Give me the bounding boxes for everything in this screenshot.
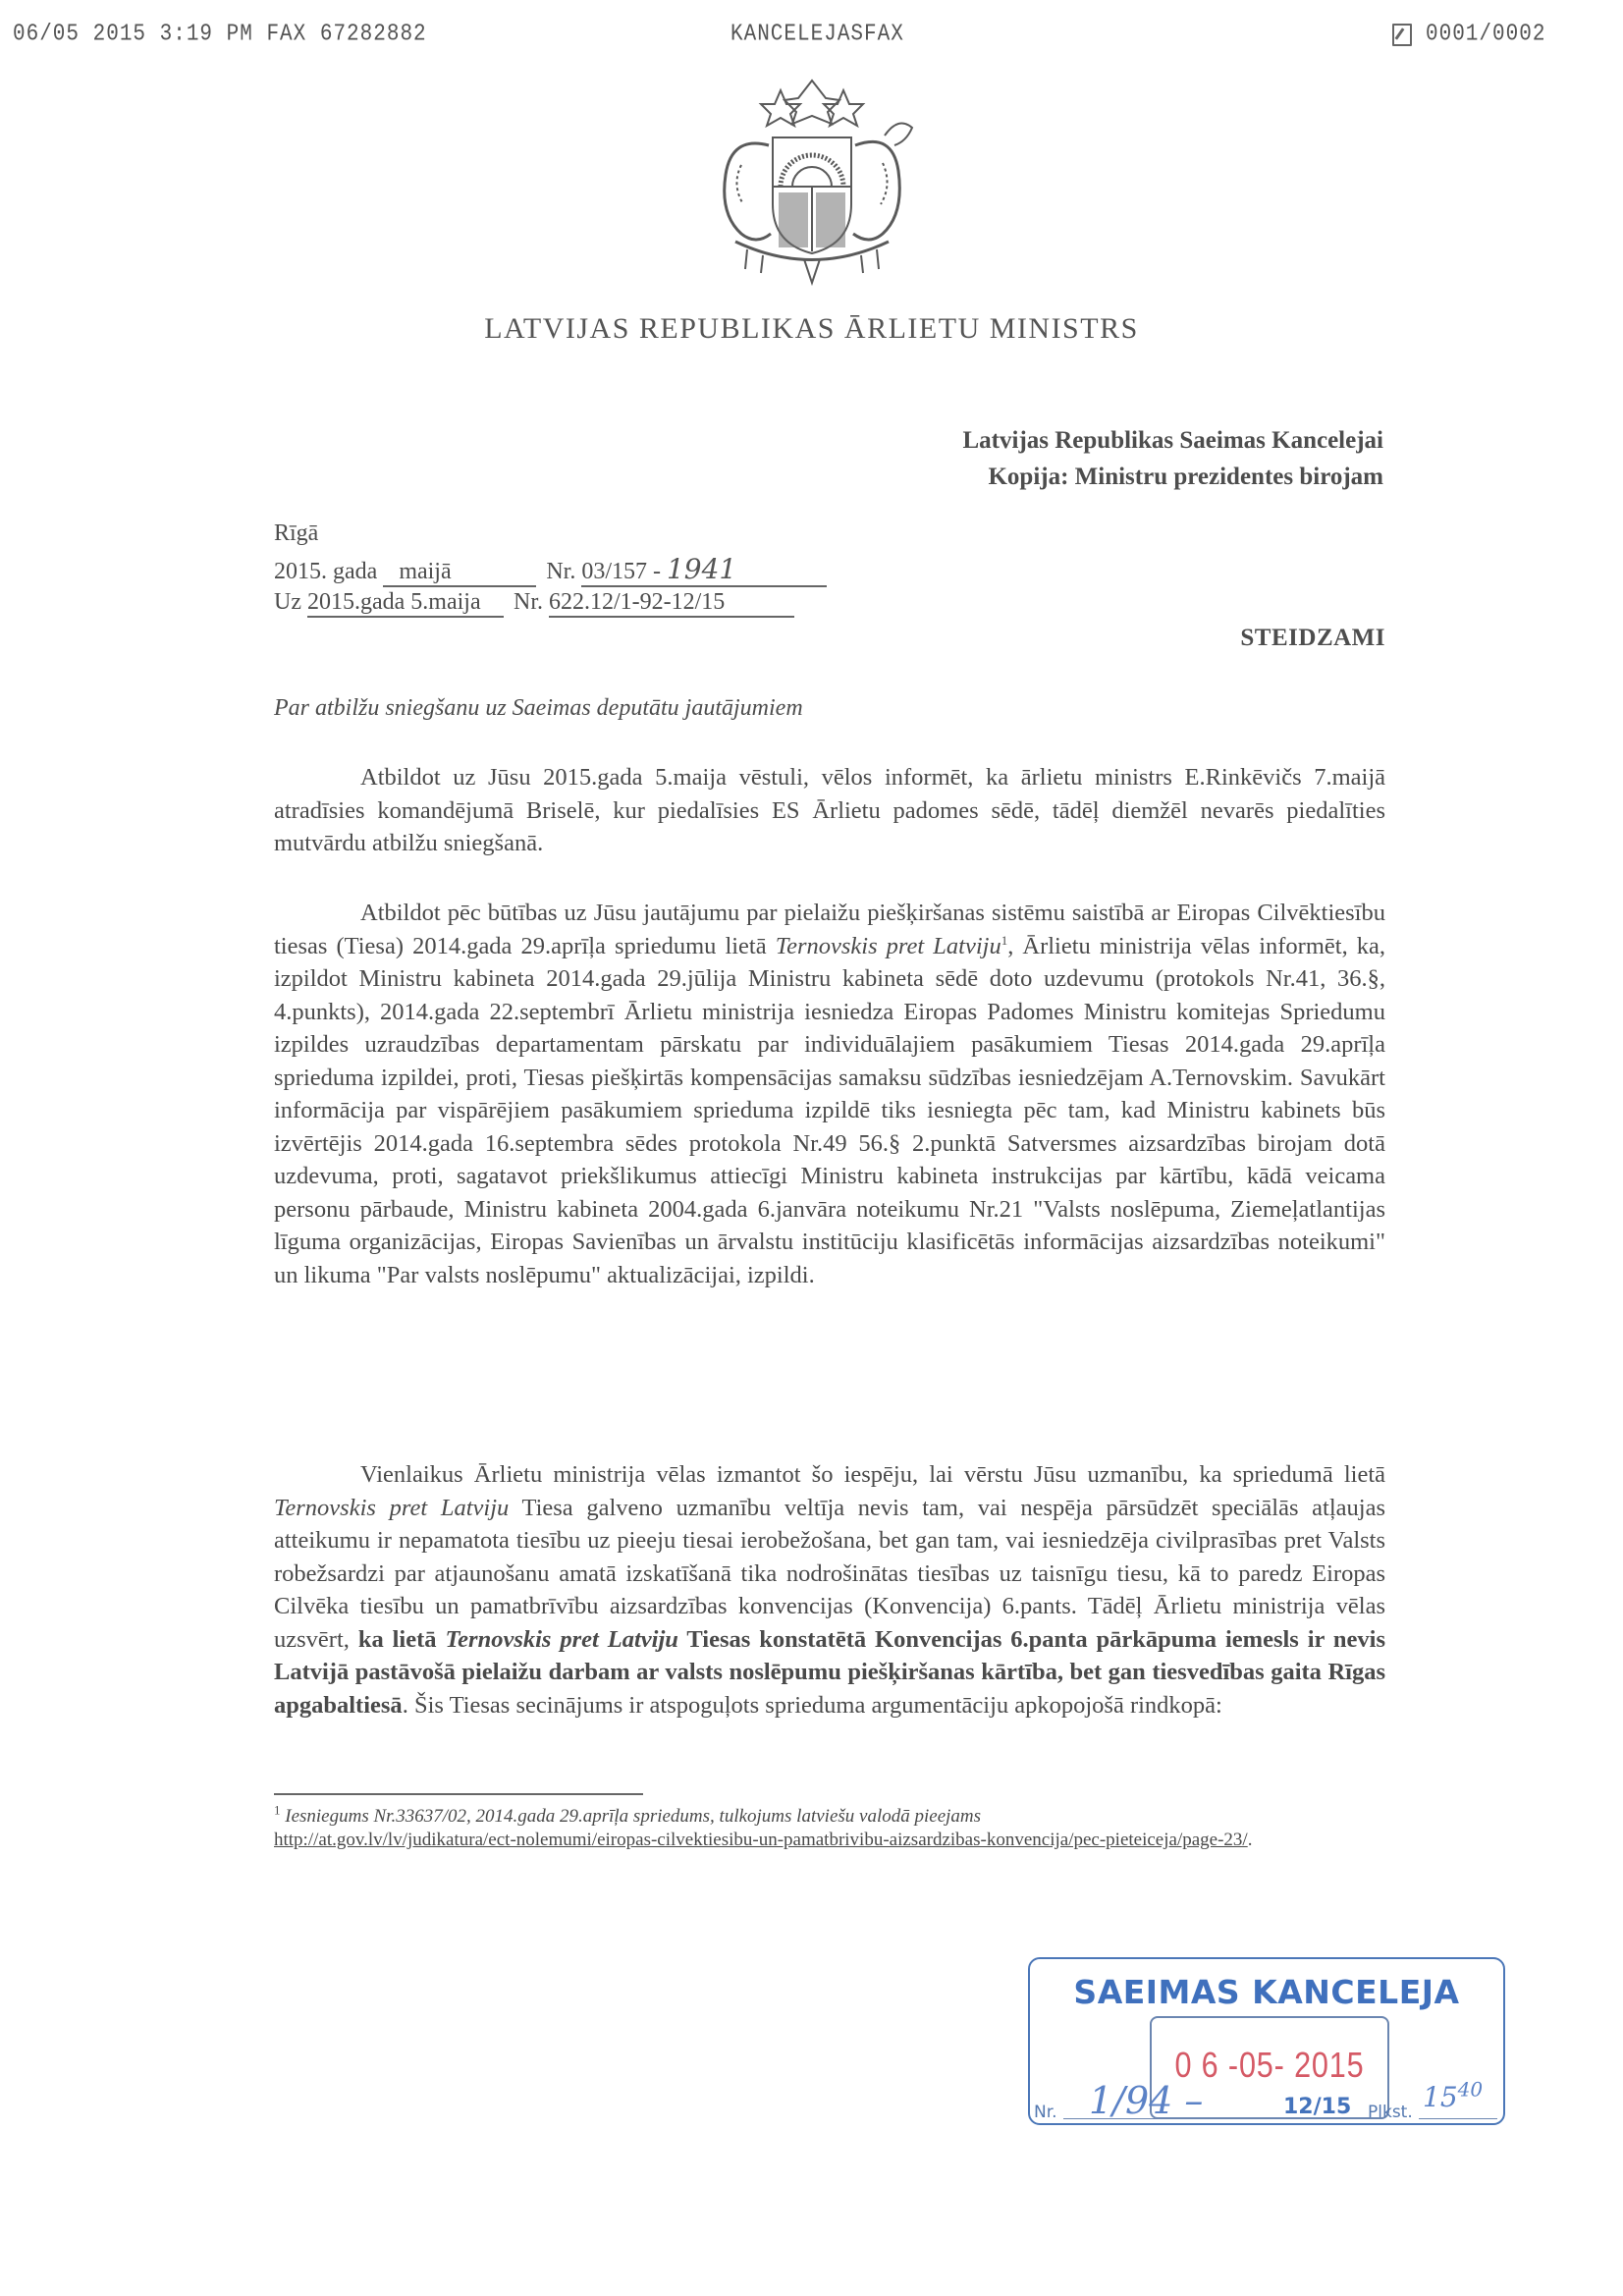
urgency-label: STEIDZAMI [1240,625,1385,652]
recipient-primary: Latvijas Republikas Saeimas Kancelejai [963,422,1384,459]
case-name: Ternovskis pret Latviju [274,1495,509,1521]
reply-nr-label: Nr. [514,589,543,615]
body-paragraph: Vienlaikus Ārlietu ministrija vēlas izma… [274,1458,1385,1722]
nr-value: 03/157 - [581,559,661,584]
place: Rīgā [274,520,318,547]
letter-date-number: 2015. gada maijā Nr. 03/157 - 1941 [274,553,827,587]
reply-nr: 622.12/1-92-12/15 [549,589,794,618]
footnote-link[interactable]: http://at.gov.lv/lv/judikatura/ect-nolem… [274,1830,1248,1850]
stamp-title: SAEIMAS KANCELEJA [1030,1973,1503,2011]
recipient-copy: Kopija: Ministru prezidentes birojam [988,459,1383,495]
coat-of-arms-icon [702,77,923,288]
date-prefix: 2015. gada [274,559,377,584]
footnote-text: Iesniegums Nr.33637/02, 2014.gada 29.apr… [281,1806,982,1827]
stamp-time-label: Plkst. [1368,2103,1413,2122]
reply-prefix: Uz [274,589,301,615]
body-paragraph: Atbildot uz Jūsu 2015.gada 5.maija vēstu… [274,761,1385,860]
reply-reference: Uz 2015.gada 5.maija Nr. 622.12/1-92-12/… [274,589,794,618]
subject-line: Par atbilžu sniegšanu uz Saeimas deputāt… [274,695,803,722]
fax-page-icon [1392,24,1412,46]
fax-page-count: 0001/0002 [1426,22,1545,47]
stamp-time-handwritten: 1540 [1423,2081,1483,2113]
ministry-heading: LATVIJAS REPUBLIKAS ĀRLIETU MINISTRS [0,312,1623,346]
registration-stamp: SAEIMAS KANCELEJA 0 6 -05- 2015 Nr. 1/94… [1028,1957,1505,2125]
case-name: Ternovskis pret Latviju [776,933,1001,959]
nr-handwritten: 1941 [667,553,736,585]
date-value: maijā [383,559,536,587]
fax-sender: KANCELEJASFAX [730,22,904,47]
stamp-nr-label: Nr. [1034,2103,1057,2122]
nr-label: Nr. [546,559,575,584]
footnote: 1 Iesniegums Nr.33637/02, 2014.gada 29.a… [274,1805,1354,1852]
stamp-nr-handwritten: 1/94 – [1089,2079,1203,2122]
stamp-time-line [1419,2118,1497,2119]
stamp-nr-suffix: 12/15 [1283,2095,1351,2119]
reply-date: 2015.gada 5.maija [307,589,504,618]
fax-datetime-number: 06/05 2015 3:19 PM FAX 67282882 [13,22,427,47]
body-paragraph: Atbildot pēc būtības uz Jūsu jautājumu p… [274,897,1385,1291]
footnote-separator [274,1793,643,1795]
